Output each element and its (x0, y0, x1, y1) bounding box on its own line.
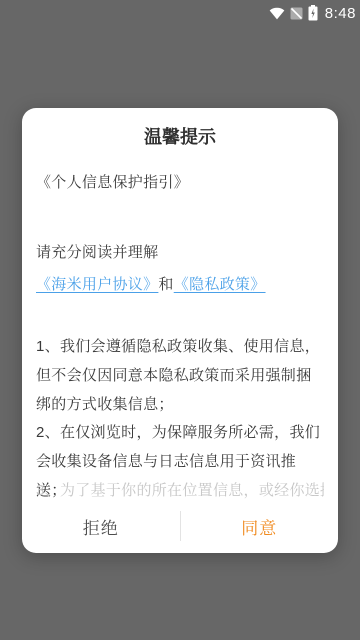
policy-paragraph-1[interactable]: 1、我们会遵循隐私政策收集、使用信息，但不会仅因同意本隐私政策而采用强制捆绑的方… (36, 332, 324, 419)
conjunction-text: 和 (158, 276, 173, 293)
read-hint-text: 请充分阅读并理解 (36, 238, 324, 267)
privacy-policy-link[interactable]: 《隐私政策》 (174, 276, 266, 293)
status-bar: 8:48 (0, 0, 360, 26)
reject-button[interactable]: 拒绝 (22, 503, 180, 549)
privacy-dialog: 温馨提示 《个人信息保护指引》 请充分阅读并理解 《海米用户协议》和《隐私政策》… (22, 108, 338, 553)
personal-info-guide-title: 《个人信息保护指引》 (36, 168, 324, 197)
wifi-icon (269, 6, 285, 20)
agree-button[interactable]: 同意 (181, 503, 339, 549)
policy-paragraph-3-faded[interactable]: 3、为了基于你的所在位置信息，或经你选择在 (36, 476, 324, 505)
agreement-links-line: 《海米用户协议》和《隐私政策》 (36, 270, 324, 299)
no-signal-icon (290, 7, 303, 20)
dialog-title: 温馨提示 (22, 123, 338, 149)
status-time: 8:48 (325, 5, 356, 22)
dialog-button-row: 拒绝 同意 (22, 503, 338, 549)
screen-background: { "status_bar": { "time": "8:48", "icons… (0, 0, 360, 640)
user-agreement-link[interactable]: 《海米用户协议》 (36, 276, 158, 293)
battery-charging-icon (308, 5, 318, 21)
